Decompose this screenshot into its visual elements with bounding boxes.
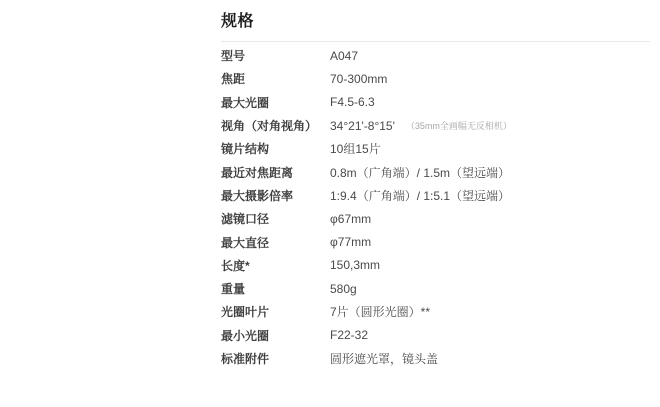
spec-label: 镜片结构 xyxy=(221,140,330,157)
spec-value: 70-300mm xyxy=(330,72,387,86)
spec-label: 最大光圈 xyxy=(221,94,330,111)
spec-label: 标准附件 xyxy=(221,350,330,367)
spec-value: 10组15片 xyxy=(330,140,381,157)
spec-label: 型号 xyxy=(221,47,330,64)
spec-row-aperture-blades: 光圈叶片 7片（圆形光圈）** xyxy=(221,300,650,323)
spec-value: F4.5-6.3 xyxy=(330,95,375,109)
spec-row-max-diameter: 最大直径 φ77mm xyxy=(221,230,650,253)
spec-value: F22-32 xyxy=(330,328,368,342)
page-title: 规格 xyxy=(221,12,650,32)
spec-row-filter-diameter: 滤镜口径 φ67mm xyxy=(221,207,650,230)
spec-value: 150,3mm xyxy=(330,258,380,272)
spec-value: 580g xyxy=(330,282,357,296)
spec-label: 光圈叶片 xyxy=(221,303,330,320)
spec-row-focal-length: 焦距 70-300mm xyxy=(221,67,650,90)
spec-label: 最大摄影倍率 xyxy=(221,187,330,204)
spec-row-standard-accessories: 标准附件 圆形遮光罩，镜头盖 xyxy=(221,347,650,370)
spec-label: 最近对焦距离 xyxy=(221,164,330,181)
spec-row-max-aperture: 最大光圈 F4.5-6.3 xyxy=(221,91,650,114)
spec-value: 34°21'-8°15' xyxy=(330,119,395,133)
spec-label: 最小光圈 xyxy=(221,327,330,344)
spec-row-min-aperture: 最小光圈 F22-32 xyxy=(221,324,650,347)
spec-row-angle-of-view: 视角（对角视角） 34°21'-8°15' （35mm全画幅无反相机） xyxy=(221,114,650,137)
spec-value: φ67mm xyxy=(330,212,371,226)
spec-label: 滤镜口径 xyxy=(221,210,330,227)
spec-value: A047 xyxy=(330,49,358,63)
spec-section: 规格 型号 A047 焦距 70-300mm 最大光圈 F4.5-6.3 视角（… xyxy=(221,12,650,370)
spec-row-min-focus-distance: 最近对焦距离 0.8m（广角端）/ 1.5m（望远端） xyxy=(221,160,650,183)
spec-row-weight: 重量 580g xyxy=(221,277,650,300)
spec-page: 规格 型号 A047 焦距 70-300mm 最大光圈 F4.5-6.3 视角（… xyxy=(0,0,660,407)
spec-row-model: 型号 A047 xyxy=(221,44,650,67)
spec-label: 视角（对角视角） xyxy=(221,117,330,134)
spec-value: 7片（圆形光圈）** xyxy=(330,303,430,320)
spec-label: 最大直径 xyxy=(221,234,330,251)
spec-label: 长度* xyxy=(221,257,330,274)
spec-value: 0.8m（广角端）/ 1.5m（望远端） xyxy=(330,164,510,181)
spec-label: 焦距 xyxy=(221,70,330,87)
spec-row-max-magnification: 最大摄影倍率 1:9.4（广角端）/ 1:5.1（望远端） xyxy=(221,184,650,207)
spec-label: 重量 xyxy=(221,280,330,297)
spec-value: φ77mm xyxy=(330,235,371,249)
spec-value-note: （35mm全画幅无反相机） xyxy=(406,119,512,132)
spec-value: 1:9.4（广角端）/ 1:5.1（望远端） xyxy=(330,187,510,204)
spec-table: 型号 A047 焦距 70-300mm 最大光圈 F4.5-6.3 视角（对角视… xyxy=(221,41,650,370)
spec-row-length: 长度* 150,3mm xyxy=(221,254,650,277)
spec-value: 圆形遮光罩，镜头盖 xyxy=(330,350,438,367)
spec-row-lens-construction: 镜片结构 10组15片 xyxy=(221,137,650,160)
